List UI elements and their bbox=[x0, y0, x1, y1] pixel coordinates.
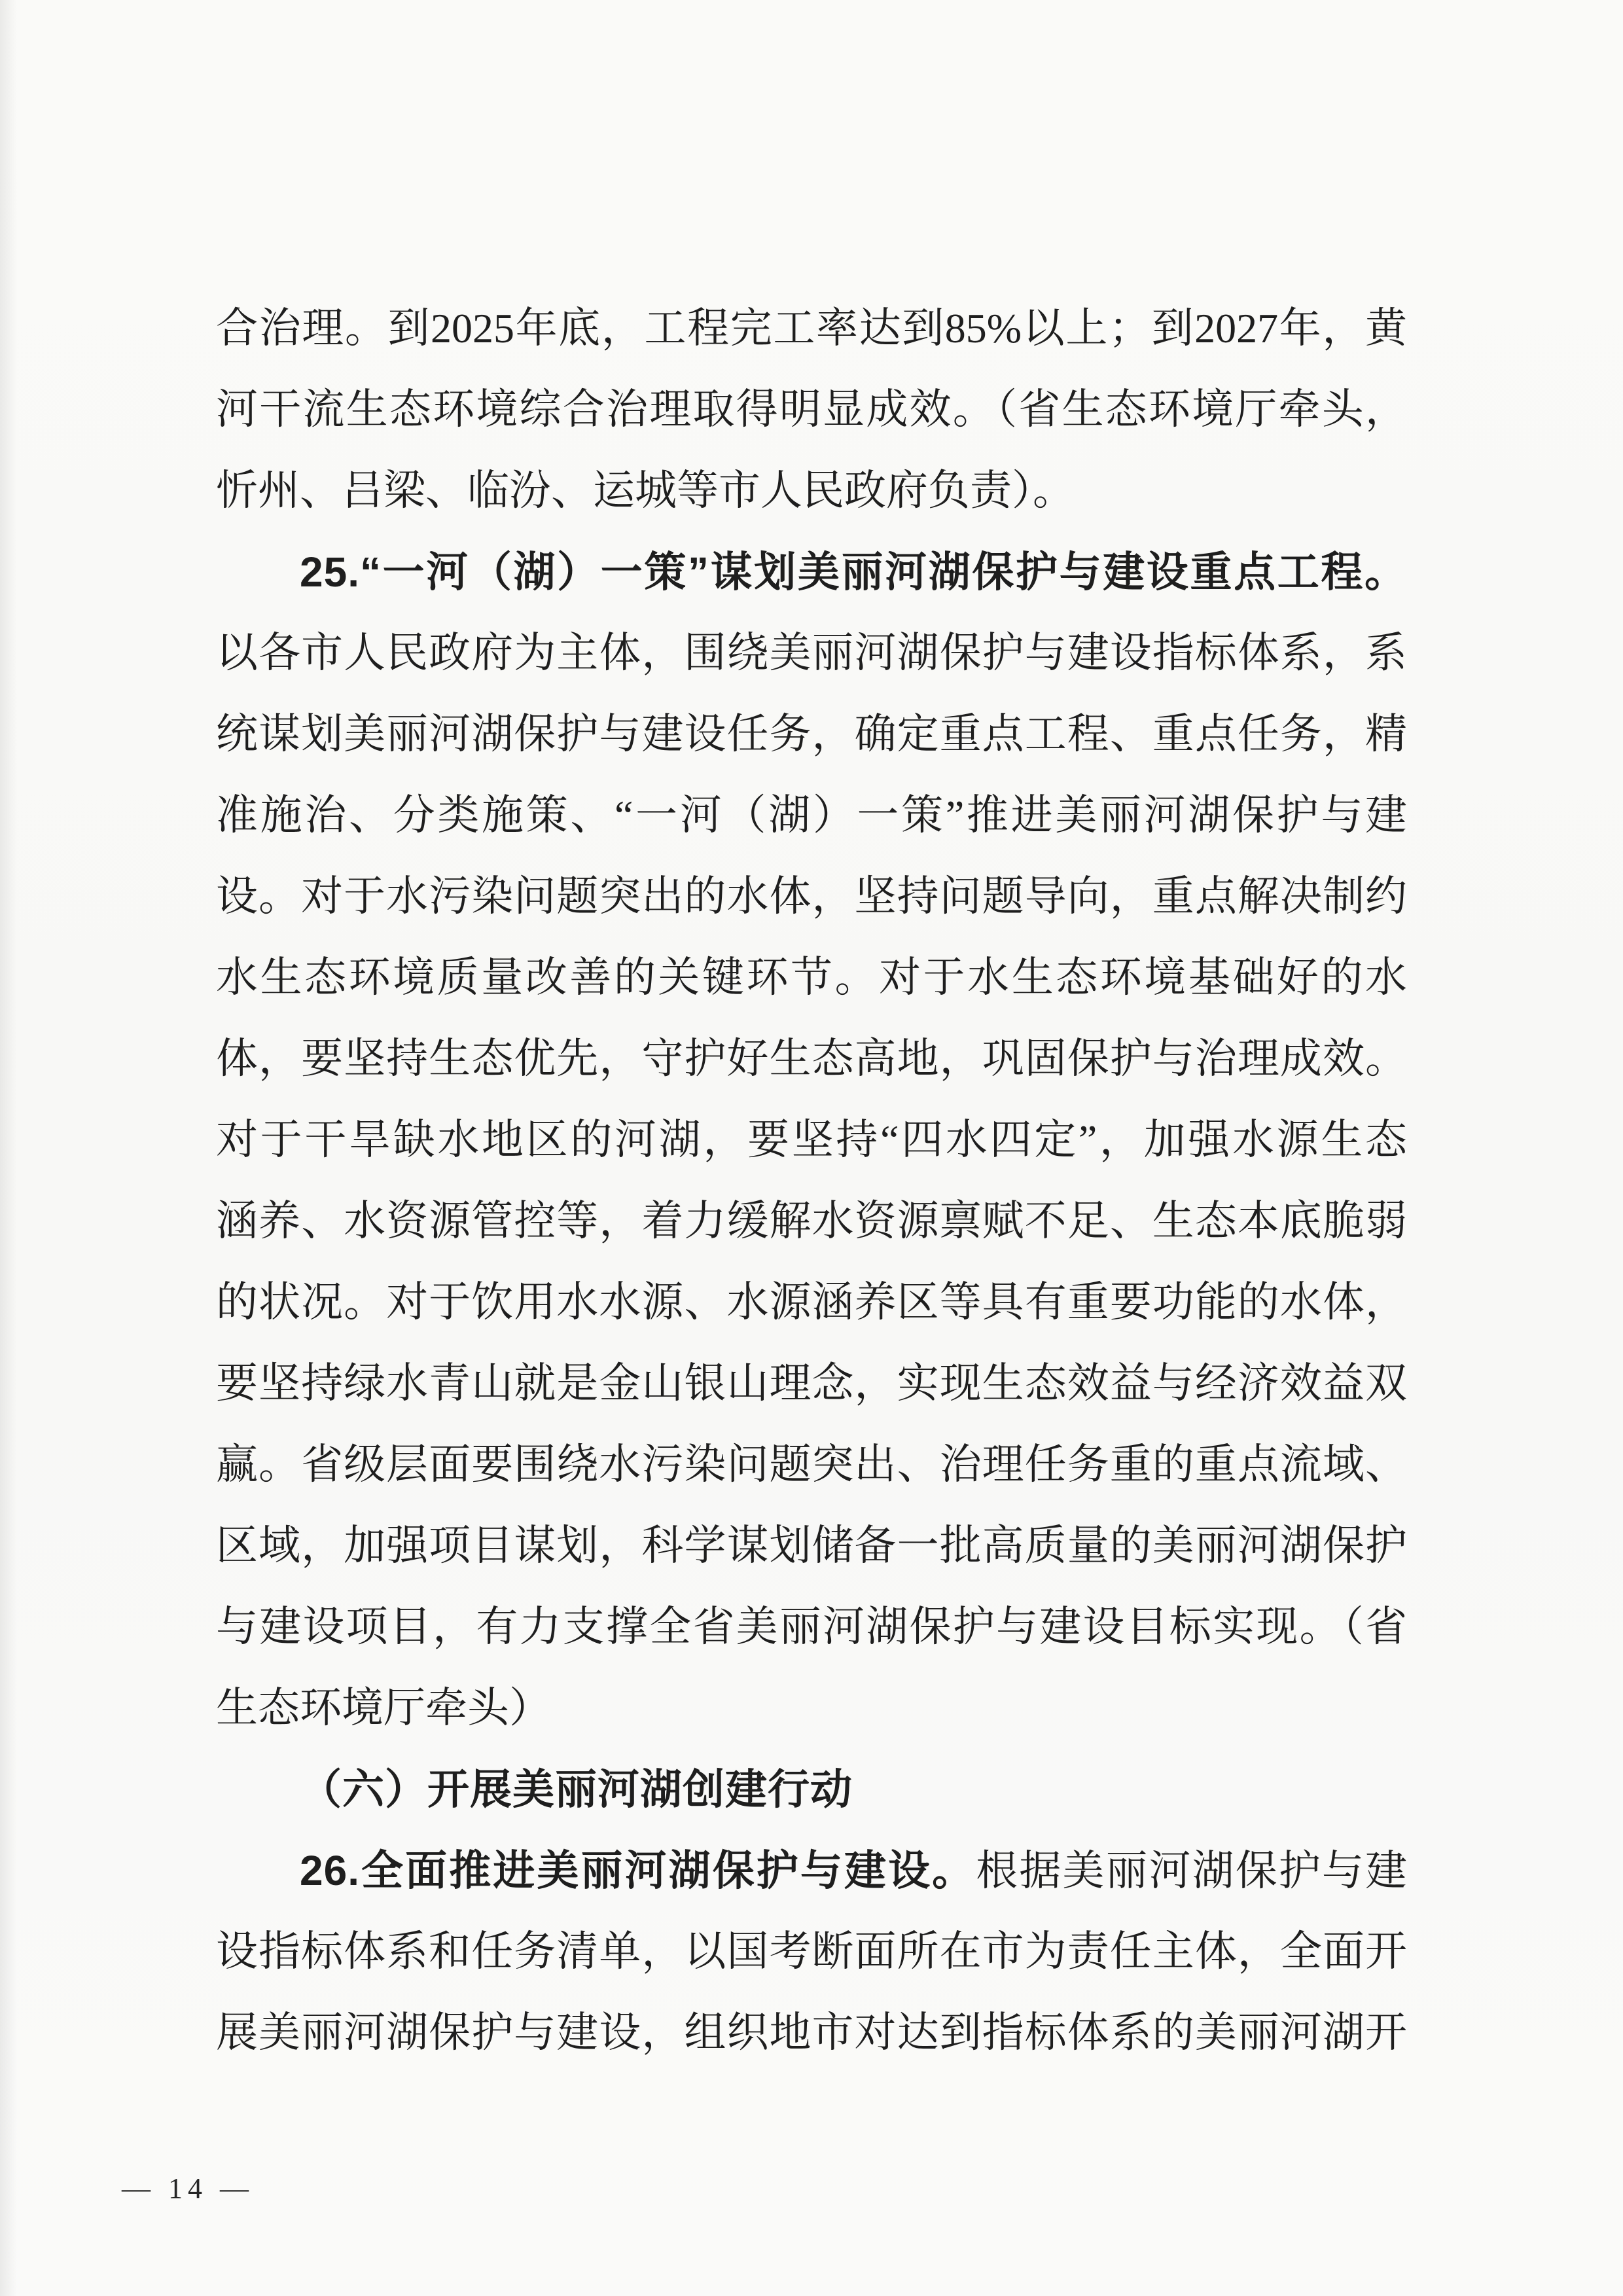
text-segment: 体，要坚持生态优先，守护好生态高地，巩固保护与治理成效。 bbox=[216, 1035, 1407, 1082]
text-line-18: 生态环境厅牵头） bbox=[216, 1668, 1407, 1749]
text-segment: 根据美丽河湖保护与建 bbox=[976, 1848, 1407, 1894]
text-line-12: 涵养、水资源管控等，着力缓解水资源禀赋不足、生态本底脆弱 bbox=[216, 1181, 1407, 1262]
text-line-7: 准施治、分类施策、“一河（湖）一策”推进美丽河湖保护与建 bbox=[216, 775, 1407, 856]
document-body: 合治理。到2025年底，工程完工率达到85%以上；到2027年，黄河干流生态环境… bbox=[216, 288, 1407, 2073]
text-segment: 水生态环境质量改善的关键环节。对于水生态环境基础好的水 bbox=[216, 954, 1407, 1001]
text-segment: 生态环境厅牵头） bbox=[216, 1685, 551, 1731]
text-segment: 涵养、水资源管控等，着力缓解水资源禀赋不足、生态本底脆弱 bbox=[216, 1198, 1407, 1244]
text-segment: 准施治、分类施策、“一河（湖）一策”推进美丽河湖保护与建 bbox=[216, 792, 1407, 838]
text-segment: 的状况。对于饮用水水源、水源涵养区等具有重要功能的水体， bbox=[216, 1279, 1407, 1325]
text-segment: 设指标体系和任务清单，以国考断面所在市为责任主体，全面开 bbox=[216, 1928, 1407, 1975]
text-line-3: 忻州、吕梁、临汾、运城等市人民政府负责）。 bbox=[216, 450, 1407, 531]
text-segment: 与建设项目，有力支撑全省美丽河湖保护与建设目标实现。（省 bbox=[216, 1604, 1407, 1650]
text-line-17: 与建设项目，有力支撑全省美丽河湖保护与建设目标实现。（省 bbox=[216, 1587, 1407, 1668]
scan-edge-shadow bbox=[0, 0, 17, 2296]
page-number: — 14 — bbox=[122, 2172, 254, 2205]
text-segment: 合治理。到2025年底，工程完工率达到85%以上；到2027年，黄 bbox=[216, 305, 1407, 351]
text-segment: 赢。省级层面要围绕水污染问题突出、治理任务重的重点流域、 bbox=[216, 1441, 1407, 1488]
text-line-20: 26.全面推进美丽河湖保护与建设。根据美丽河湖保护与建 bbox=[216, 1830, 1407, 1911]
text-segment: 忻州、吕梁、临汾、运城等市人民政府负责）。 bbox=[216, 467, 1075, 514]
text-segment: 设。对于水污染问题突出的水体，坚持问题导向，重点解决制约 bbox=[216, 873, 1407, 920]
text-line-19: （六）开展美丽河湖创建行动 bbox=[216, 1749, 1407, 1830]
text-line-14: 要坚持绿水青山就是金山银山理念，实现生态效益与经济效益双 bbox=[216, 1343, 1407, 1424]
text-line-13: 的状况。对于饮用水水源、水源涵养区等具有重要功能的水体， bbox=[216, 1262, 1407, 1343]
text-line-5: 以各市人民政府为主体，围绕美丽河湖保护与建设指标体系，系 bbox=[216, 613, 1407, 694]
text-line-21: 设指标体系和任务清单，以国考断面所在市为责任主体，全面开 bbox=[216, 1911, 1407, 1992]
text-line-8: 设。对于水污染问题突出的水体，坚持问题导向，重点解决制约 bbox=[216, 856, 1407, 937]
bold-segment: 25.“一河（湖）一策”谋划美丽河湖保护与建设重点工程。 bbox=[300, 548, 1407, 596]
text-segment: 展美丽河湖保护与建设，组织地市对达到指标体系的美丽河湖开 bbox=[216, 2009, 1407, 2056]
text-segment: 区域，加强项目谋划，科学谋划储备一批高质量的美丽河湖保护 bbox=[216, 1522, 1407, 1569]
text-line-11: 对于干旱缺水地区的河湖，要坚持“四水四定”，加强水源生态 bbox=[216, 1100, 1407, 1181]
document-page: 合治理。到2025年底，工程完工率达到85%以上；到2027年，黄河干流生态环境… bbox=[0, 0, 1623, 2296]
text-line-1: 合治理。到2025年底，工程完工率达到85%以上；到2027年，黄 bbox=[216, 288, 1407, 369]
text-segment: 河干流生态环境综合治理取得明显成效。（省生态环境厅牵头， bbox=[216, 386, 1407, 433]
text-segment: 对于干旱缺水地区的河湖，要坚持“四水四定”，加强水源生态 bbox=[216, 1117, 1407, 1163]
bold-segment: （六）开展美丽河湖创建行动 bbox=[300, 1766, 853, 1813]
bold-segment: 26.全面推进美丽河湖保护与建设。 bbox=[300, 1847, 976, 1894]
text-line-16: 区域，加强项目谋划，科学谋划储备一批高质量的美丽河湖保护 bbox=[216, 1505, 1407, 1587]
text-segment: 统谋划美丽河湖保护与建设任务，确定重点工程、重点任务，精 bbox=[216, 711, 1407, 757]
text-segment: 要坚持绿水青山就是金山银山理念，实现生态效益与经济效益双 bbox=[216, 1360, 1407, 1407]
text-line-2: 河干流生态环境综合治理取得明显成效。（省生态环境厅牵头， bbox=[216, 369, 1407, 450]
text-line-10: 体，要坚持生态优先，守护好生态高地，巩固保护与治理成效。 bbox=[216, 1018, 1407, 1100]
text-line-6: 统谋划美丽河湖保护与建设任务，确定重点工程、重点任务，精 bbox=[216, 694, 1407, 775]
text-line-22: 展美丽河湖保护与建设，组织地市对达到指标体系的美丽河湖开 bbox=[216, 1992, 1407, 2073]
text-line-9: 水生态环境质量改善的关键环节。对于水生态环境基础好的水 bbox=[216, 937, 1407, 1018]
text-line-4: 25.“一河（湖）一策”谋划美丽河湖保护与建设重点工程。 bbox=[216, 531, 1407, 613]
text-segment: 以各市人民政府为主体，围绕美丽河湖保护与建设指标体系，系 bbox=[216, 630, 1407, 676]
text-line-15: 赢。省级层面要围绕水污染问题突出、治理任务重的重点流域、 bbox=[216, 1424, 1407, 1505]
